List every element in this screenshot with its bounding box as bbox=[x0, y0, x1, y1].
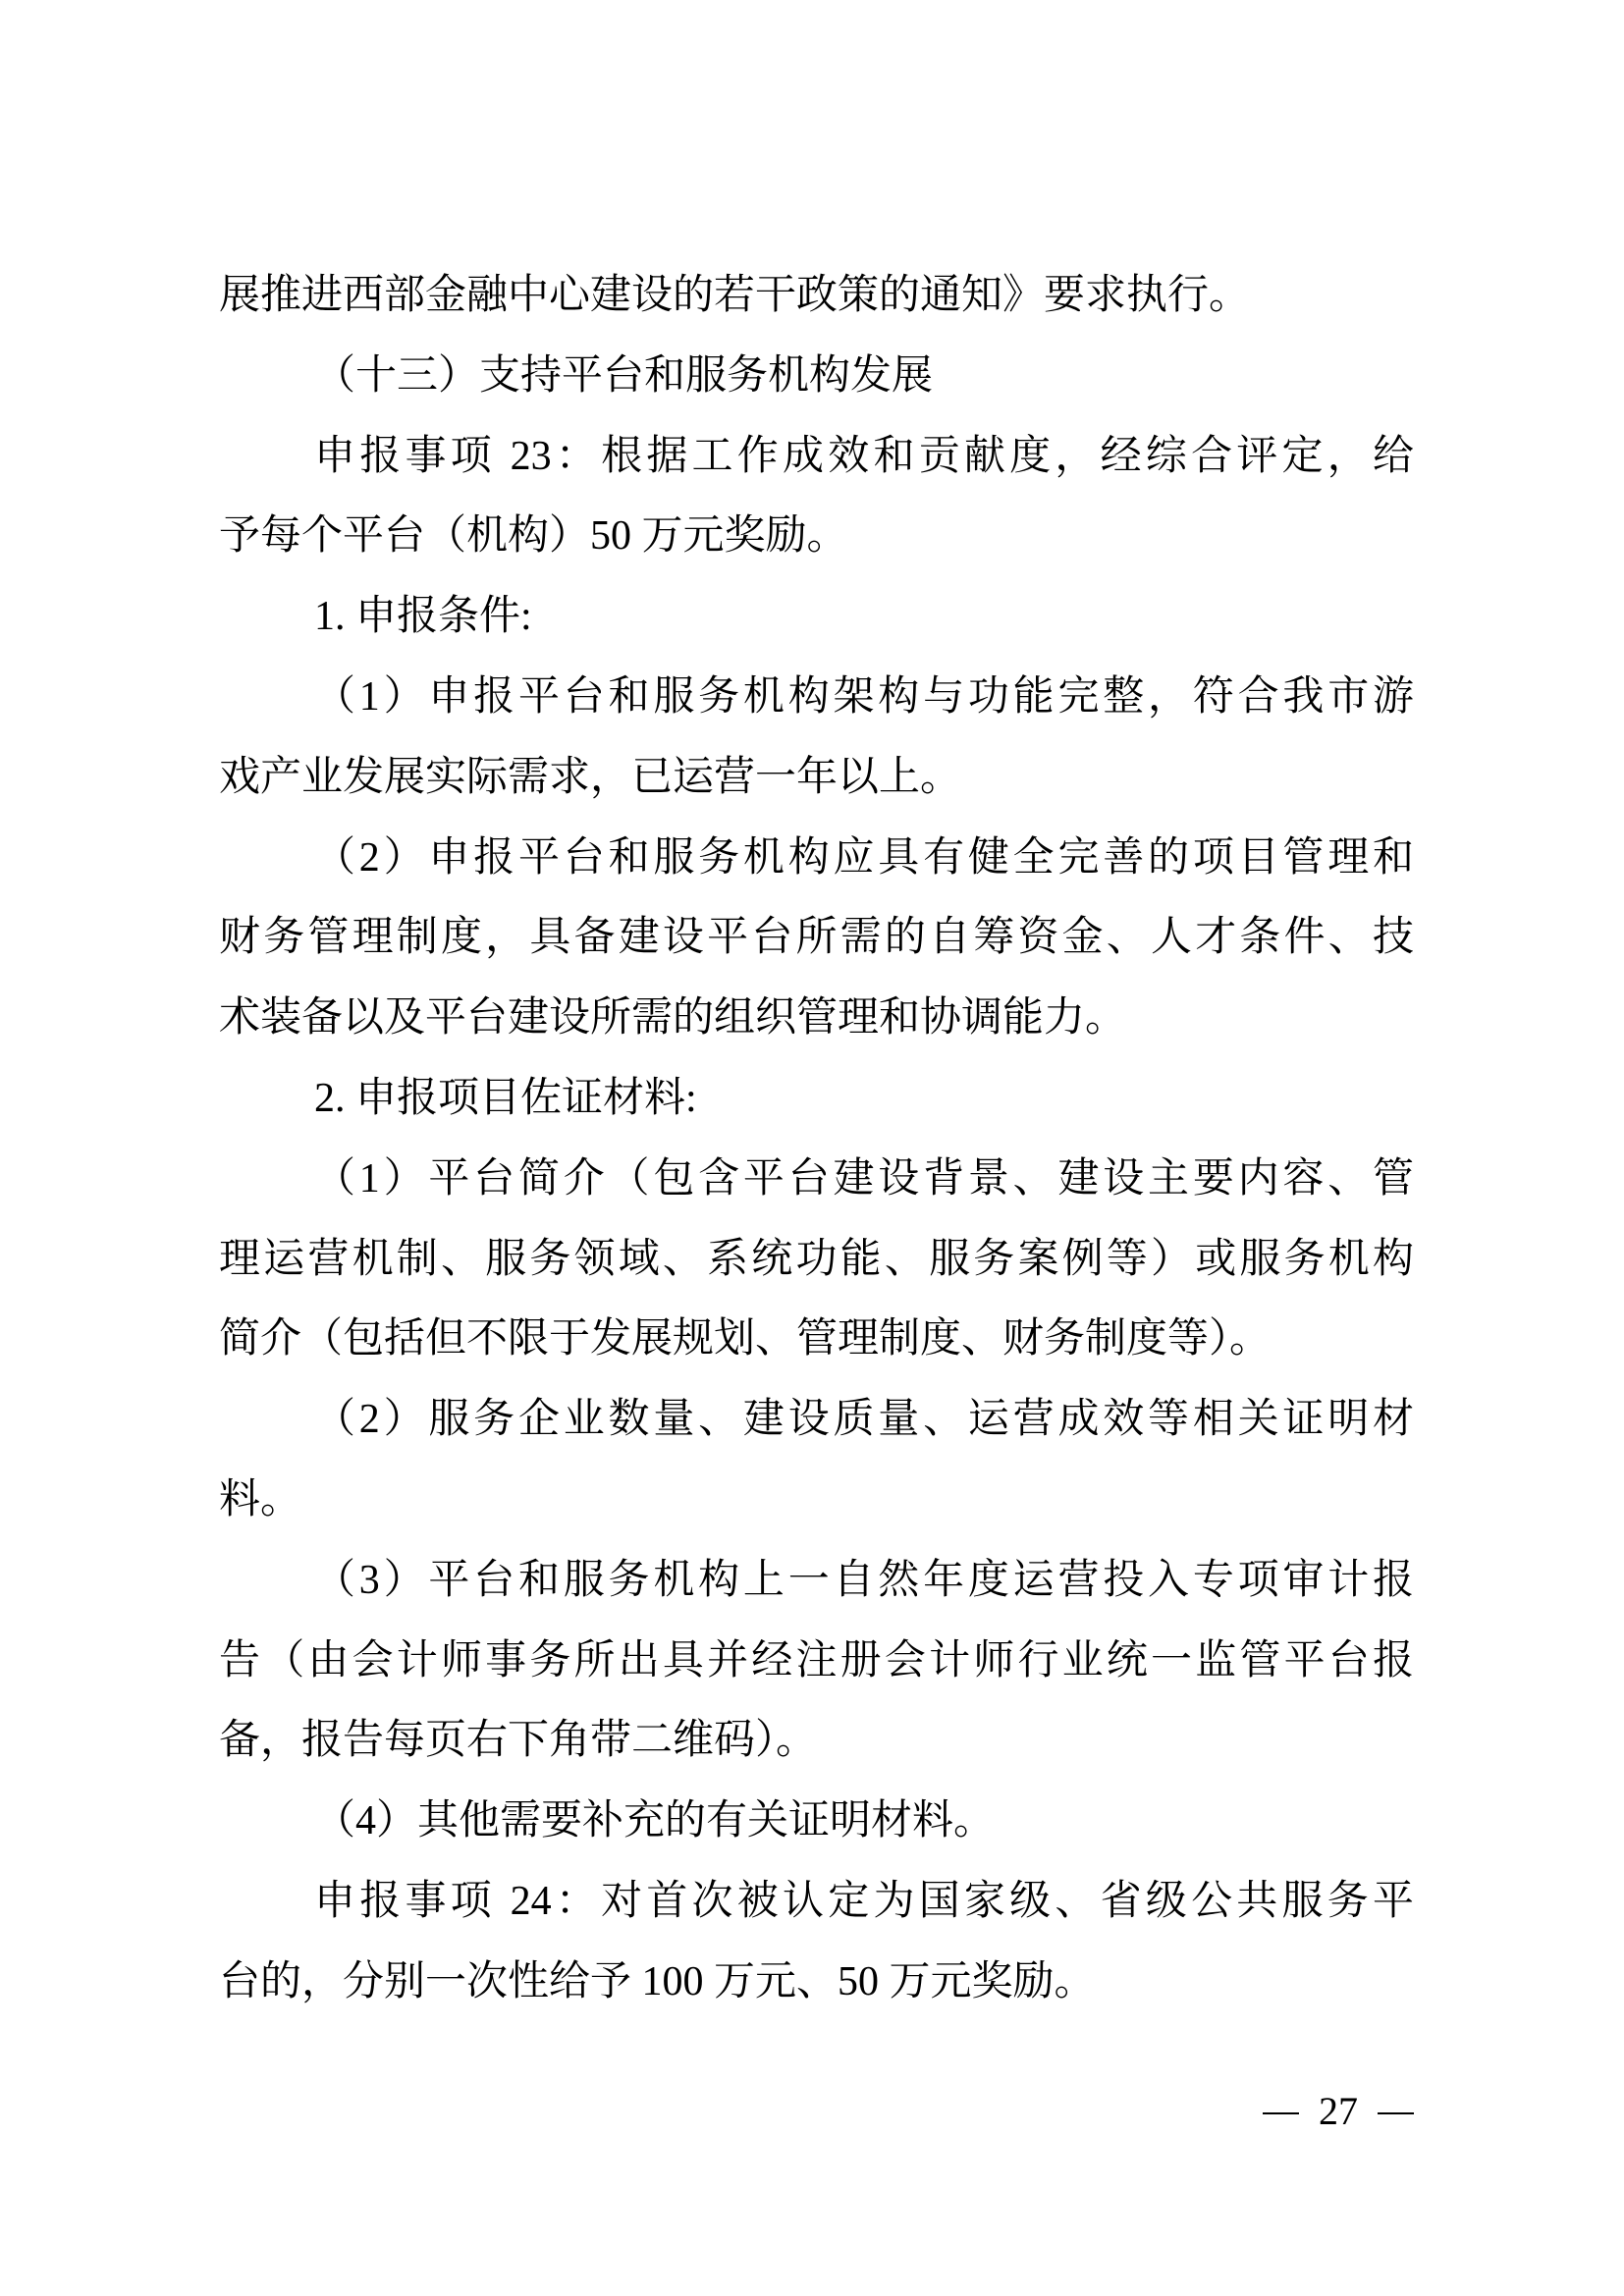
material-3-line: 告（由会计师事务所出具并经注册会计师行业统一监管平台报 bbox=[219, 1622, 1414, 1702]
section-heading: （十三）支持平台和服务机构发展 bbox=[219, 337, 1414, 417]
condition-2-line: （2）申报平台和服务机构应具有健全完善的项目管理和 bbox=[219, 819, 1414, 899]
em-dash-right bbox=[1378, 2112, 1414, 2114]
materials-heading: 2. 申报项目佐证材料: bbox=[219, 1059, 1414, 1140]
continuation-line: 展推进西部金融中心建设的若干政策的通知》要求执行。 bbox=[219, 256, 1414, 337]
body-text: 展推进西部金融中心建设的若干政策的通知》要求执行。 （十三）支持平台和服务机构发… bbox=[219, 256, 1414, 2023]
condition-2-line: 术装备以及平台建设所需的组织管理和协调能力。 bbox=[219, 979, 1414, 1059]
item-23-line: 予每个平台（机构）50 万元奖励。 bbox=[219, 497, 1414, 577]
condition-2-line: 财务管理制度，具备建设平台所需的自筹资金、人才条件、技 bbox=[219, 898, 1414, 979]
condition-1-line: 戏产业发展实际需求，已运营一年以上。 bbox=[219, 738, 1414, 819]
condition-1-line: （1）申报平台和服务机构架构与功能完整，符合我市游 bbox=[219, 658, 1414, 738]
material-2-line: 料。 bbox=[219, 1461, 1414, 1541]
page-number-value: 27 bbox=[1319, 2087, 1358, 2136]
item-24-line: 申报事项 24：对首次被认定为国家级、省级公共服务平 bbox=[219, 1862, 1414, 1943]
material-1-line: （1）平台简介（包含平台建设背景、建设主要内容、管 bbox=[219, 1140, 1414, 1220]
item-24-line: 台的，分别一次性给予 100 万元、50 万元奖励。 bbox=[219, 1943, 1414, 2023]
page-number: 27 bbox=[1263, 2087, 1414, 2136]
conditions-heading: 1. 申报条件: bbox=[219, 577, 1414, 658]
em-dash-left bbox=[1263, 2112, 1299, 2114]
material-1-line: 理运营机制、服务领域、系统功能、服务案例等）或服务机构 bbox=[219, 1220, 1414, 1301]
material-4-line: （4）其他需要补充的有关证明材料。 bbox=[219, 1782, 1414, 1862]
document-page: 展推进西部金融中心建设的若干政策的通知》要求执行。 （十三）支持平台和服务机构发… bbox=[0, 0, 1624, 2296]
material-2-line: （2）服务企业数量、建设质量、运营成效等相关证明材 bbox=[219, 1380, 1414, 1461]
material-3-line: 备，报告每页右下角带二维码）。 bbox=[219, 1701, 1414, 1782]
material-3-line: （3）平台和服务机构上一自然年度运营投入专项审计报 bbox=[219, 1541, 1414, 1622]
item-23-line: 申报事项 23：根据工作成效和贡献度，经综合评定，给 bbox=[219, 417, 1414, 498]
material-1-line: 简介（包括但不限于发展规划、管理制度、财务制度等）。 bbox=[219, 1300, 1414, 1380]
